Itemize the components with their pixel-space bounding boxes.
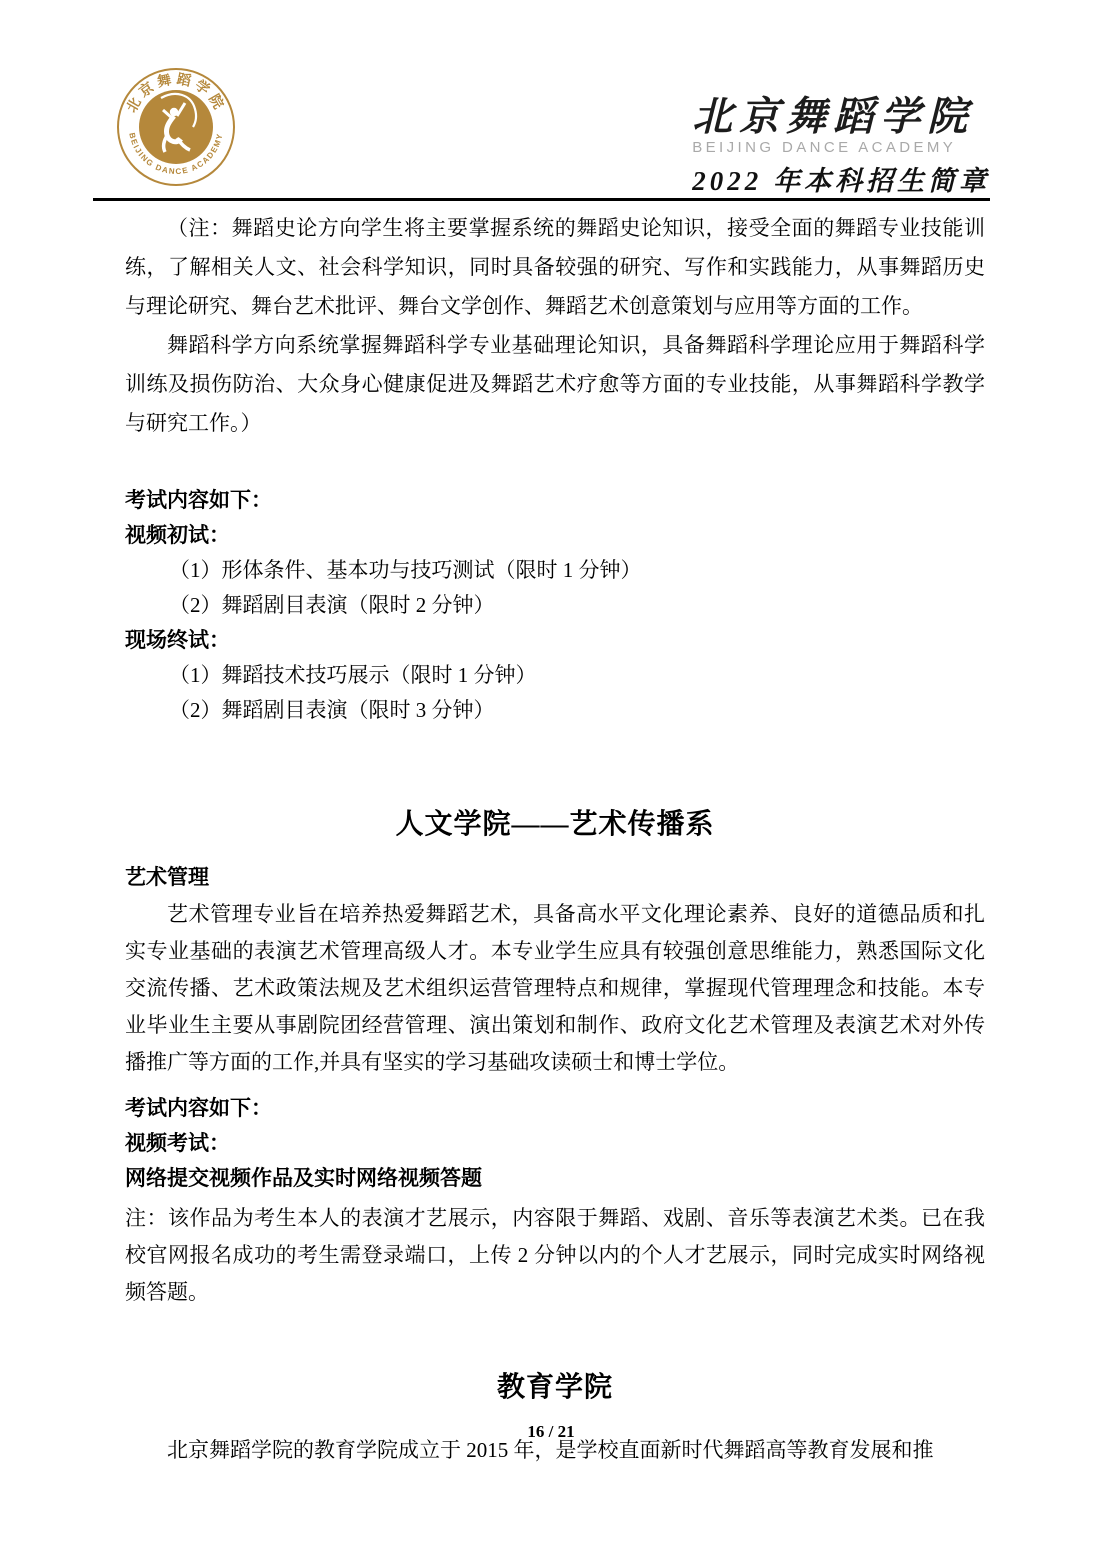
brochure-subtitle: 2022 年本科招生简章 xyxy=(692,159,990,198)
exam-note: 注：该作品为考生本人的表演才艺展示，内容限于舞蹈、戏剧、音乐等表演艺术类。已在我… xyxy=(125,1200,985,1311)
header-divider xyxy=(93,198,990,201)
academy-seal-logo: 北京舞蹈学院 BEIJING DANCE ACADEMY xyxy=(115,66,237,188)
document-page: 北京舞蹈学院 BEIJING DANCE ACADEMY 北京舞蹈学院 BEI xyxy=(0,0,1102,1559)
video-exam-label: 视频考试： xyxy=(125,1126,985,1161)
academy-seal-icon: 北京舞蹈学院 BEIJING DANCE ACADEMY xyxy=(115,66,237,188)
exam-content-section-dance: 考试内容如下： 视频初试： （1）形体条件、基本功与技巧测试（限时 1 分钟） … xyxy=(125,483,985,728)
exam-heading: 考试内容如下： xyxy=(125,483,985,518)
section-title-education: 教育学院 xyxy=(125,1365,985,1405)
page-header: 北京舞蹈学院 BEIJING DANCE ACADEMY 北京舞蹈学院 BEI xyxy=(115,66,990,198)
page-footer: 16 / 21 xyxy=(0,1422,1102,1442)
video-preliminary-label: 视频初试： xyxy=(125,518,985,553)
academy-title-cn: 北京舞蹈学院 xyxy=(692,96,990,138)
header-wordmark: 北京舞蹈学院 BEIJING DANCE ACADEMY 2022 年本科招生简… xyxy=(692,96,990,198)
exam-content-section-art-management: 考试内容如下： 视频考试： 网络提交视频作品及实时网络视频答题 注：该作品为考生… xyxy=(125,1091,985,1311)
section-title-humanities: 人文学院——艺术传播系 xyxy=(125,802,985,842)
academy-title-en: BEIJING DANCE ACADEMY xyxy=(692,139,990,156)
exam-heading: 考试内容如下： xyxy=(125,1091,985,1126)
note-paragraph-2: 舞蹈科学方向系统掌握舞蹈科学专业基础理论知识，具备舞蹈科学理论应用于舞蹈科学训练… xyxy=(125,326,985,443)
exam-mode-label: 网络提交视频作品及实时网络视频答题 xyxy=(125,1161,985,1196)
document-body: （注：舞蹈史论方向学生将主要掌握系统的舞蹈史论知识，接受全面的舞蹈专业技能训练，… xyxy=(125,209,985,1470)
onsite-final-label: 现场终试： xyxy=(125,623,985,658)
exam-item: （1）形体条件、基本功与技巧测试（限时 1 分钟） xyxy=(125,553,985,588)
exam-item: （2）舞蹈剧目表演（限时 3 分钟） xyxy=(125,693,985,728)
note-paragraph-1: （注：舞蹈史论方向学生将主要掌握系统的舞蹈史论知识，接受全面的舞蹈专业技能训练，… xyxy=(125,209,985,326)
exam-item: （2）舞蹈剧目表演（限时 2 分钟） xyxy=(125,588,985,623)
major-name-art-management: 艺术管理 xyxy=(125,862,985,892)
exam-item: （1）舞蹈技术技巧展示（限时 1 分钟） xyxy=(125,658,985,693)
page-number: 16 / 21 xyxy=(527,1422,574,1441)
major-description: 艺术管理专业旨在培养热爱舞蹈艺术，具备高水平文化理论素养、良好的道德品质和扎实专… xyxy=(125,896,985,1081)
